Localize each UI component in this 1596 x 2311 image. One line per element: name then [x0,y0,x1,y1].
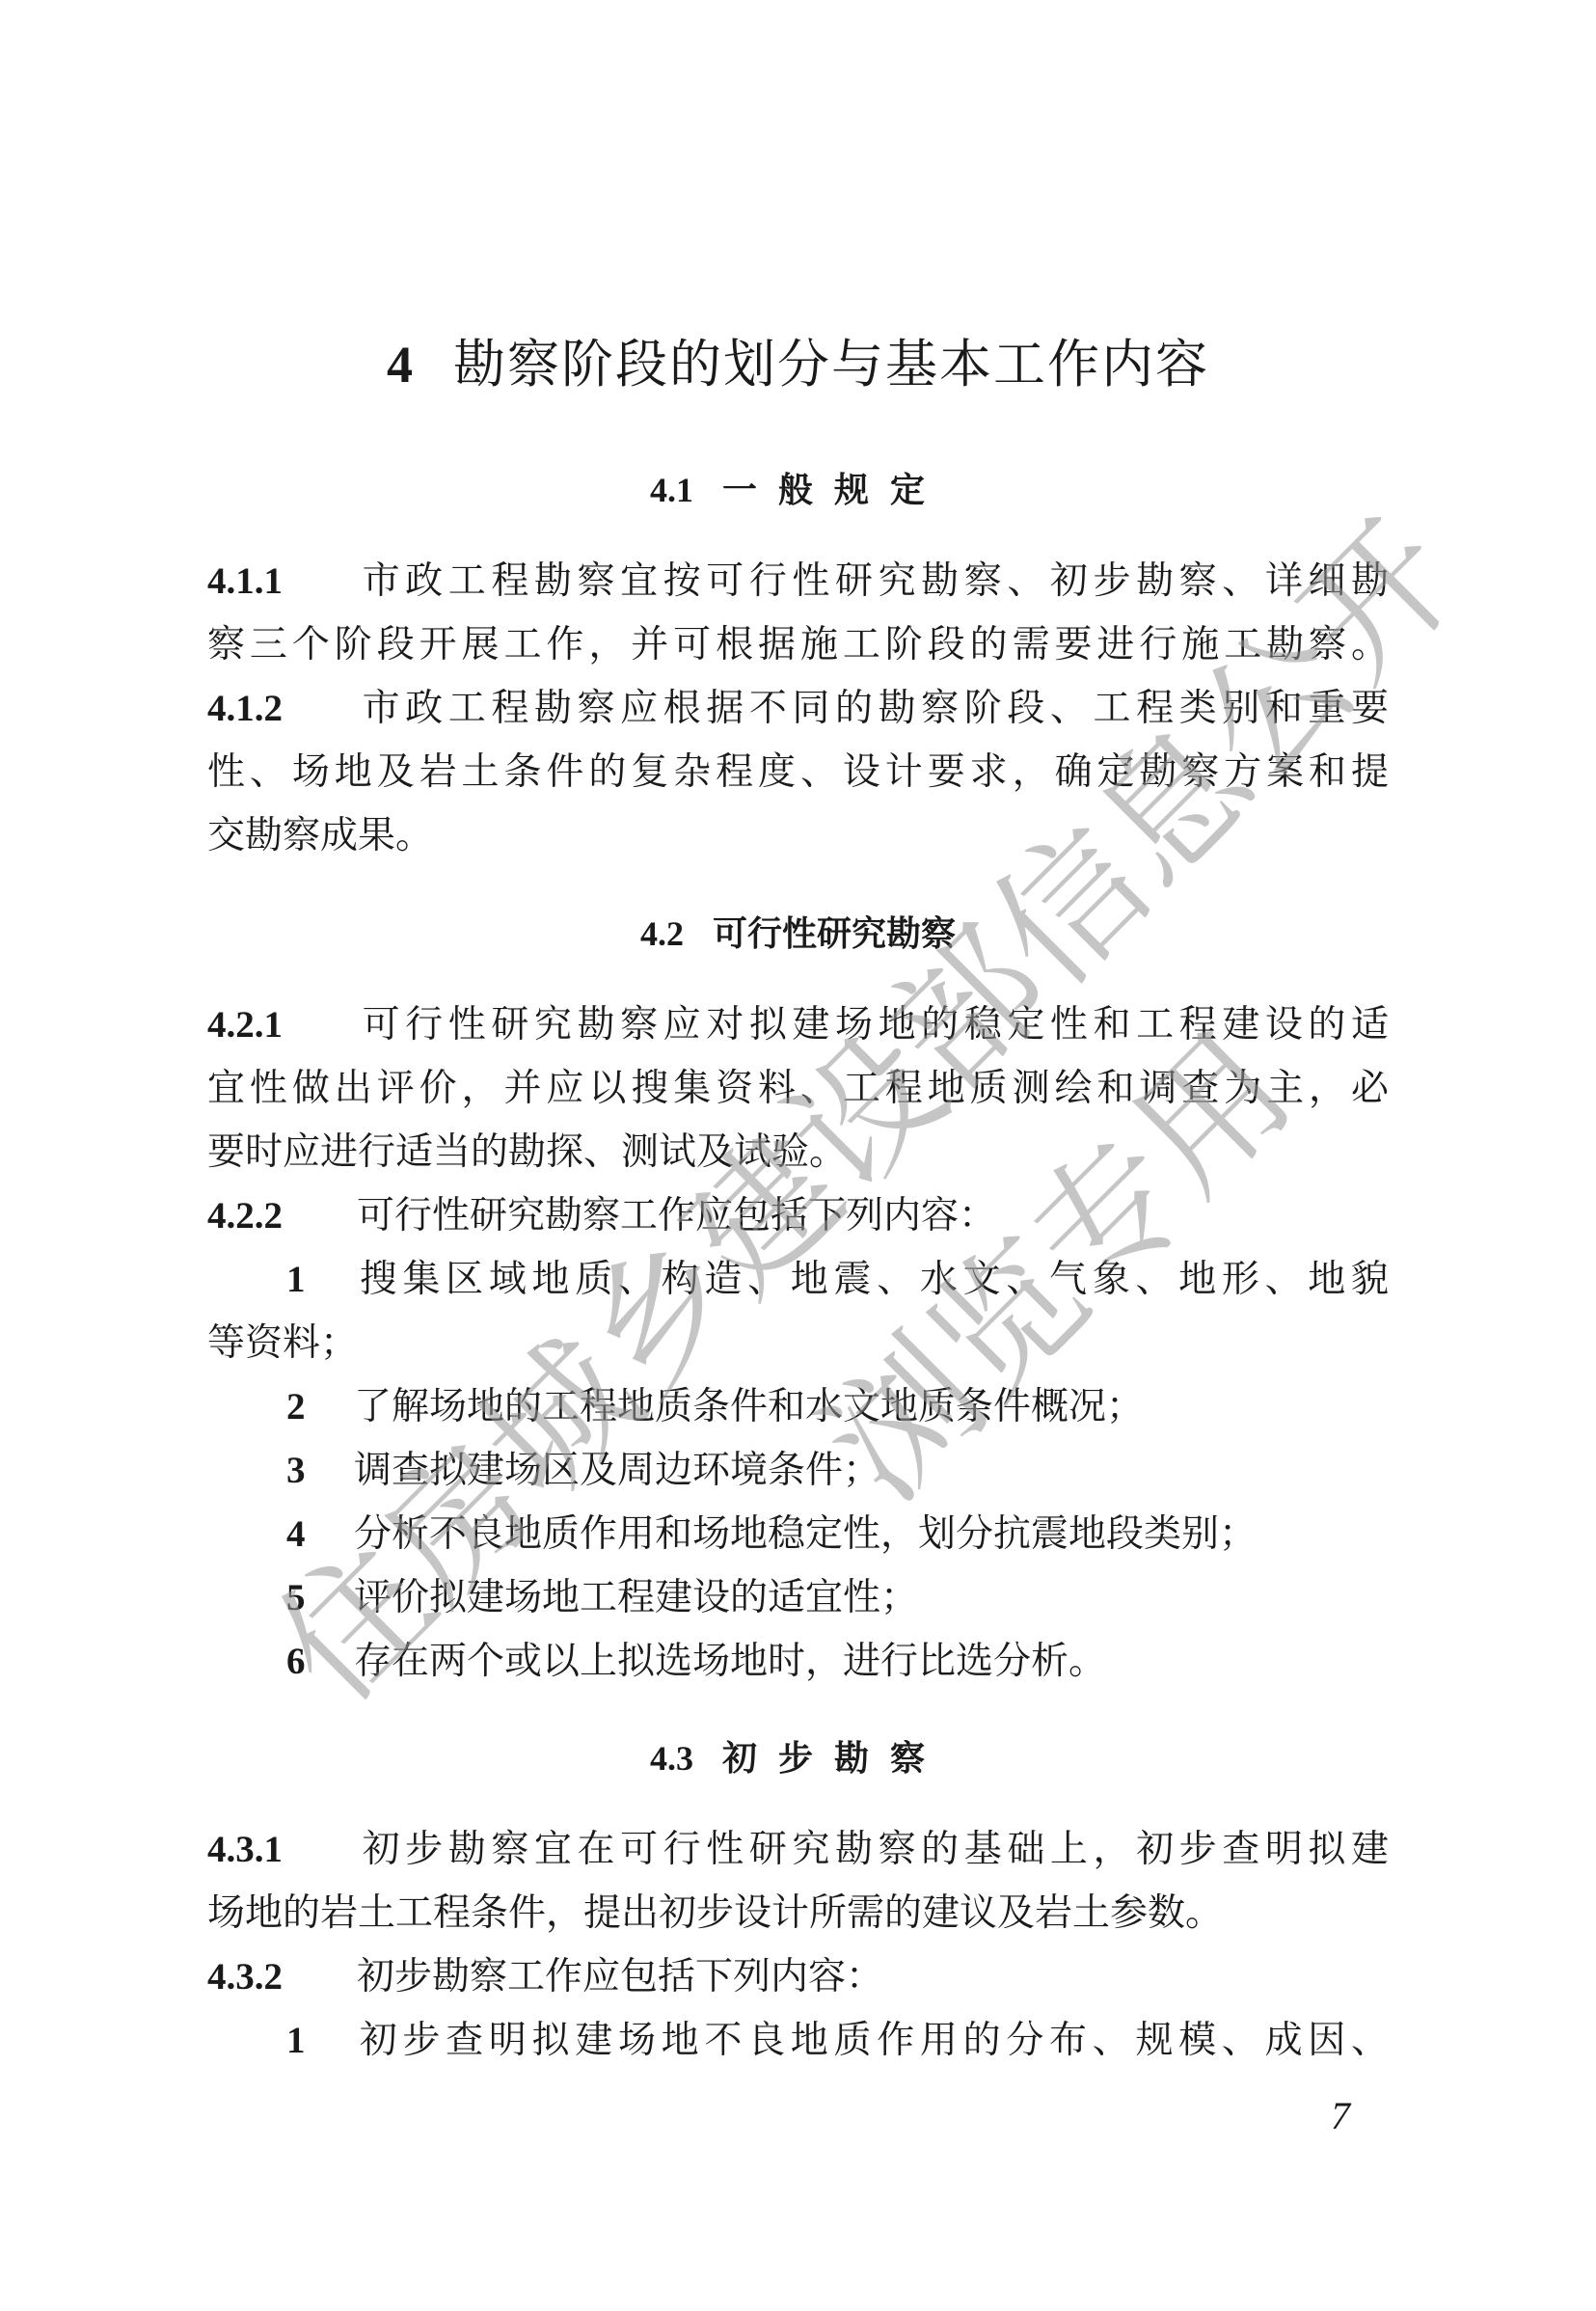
clause-4-1-1-line-2: 察三个阶段开展工作，并可根据施工阶段的需要进行施工勘察。 [207,613,1389,677]
document-page: 4勘察阶段的划分与基本工作内容 4.1一般规定 4.1.1市政工程勘察宜按可行性… [0,0,1596,2311]
clause-4-2-1-line-1: 4.2.1可行性研究勘察应对拟建场地的稳定性和工程建设的适 [207,993,1389,1057]
chapter-title-text: 勘察阶段的划分与基本工作内容 [453,334,1209,394]
page-number: 7 [1331,2093,1350,2138]
clause-4-2-1-line-2: 宜性做出评价，并应以搜集资料、工程地质测绘和调查为主，必 [207,1057,1389,1121]
clause-4-3-1-line-1: 4.3.1初步勘察宜在可行性研究勘察的基础上，初步查明拟建 [207,1818,1389,1882]
clause-4-1-2-line-2: 性、场地及岩土条件的复杂程度、设计要求，确定勘察方案和提 [207,741,1389,804]
list-item-4-2-2-6: 6存在两个或以上拟选场地时，进行比选分析。 [207,1630,1389,1694]
clause-4-3-2-line-1: 4.3.2初步勘察工作应包括下列内容： [207,1945,1389,2009]
clause-4-3-1-line-2: 场地的岩土工程条件，提出初步设计所需的建议及岩土参数。 [207,1882,1389,1945]
section-title-4-1: 4.1一般规定 [0,463,1596,512]
list-item-4-2-2-5: 5评价拟建场地工程建设的适宜性； [207,1566,1389,1630]
clause-4-1-2-line-3: 交勘察成果。 [207,804,1389,868]
list-item-4-2-2-3: 3调查拟建场区及周边环境条件； [207,1439,1389,1503]
section-title-4-2: 4.2可行性研究勘察 [0,907,1596,956]
chapter-number: 4 [387,336,415,394]
list-item-4-3-2-1: 1初步查明拟建场地不良地质作用的分布、规模、成因、 [207,2009,1389,2073]
list-item-4-2-2-1-cont: 等资料； [207,1312,1389,1375]
clause-4-2-2-line-1: 4.2.2可行性研究勘察工作应包括下列内容： [207,1184,1389,1248]
section-title-4-3: 4.3初步勘察 [0,1731,1596,1781]
clause-4-2-1-line-3: 要时应进行适当的勘探、测试及试验。 [207,1121,1389,1184]
clause-4-1-2-line-1: 4.1.2市政工程勘察应根据不同的勘察阶段、工程类别和重要 [207,677,1389,741]
list-item-4-2-2-1: 1搜集区域地质、构造、地震、水文、气象、地形、地貌 [207,1248,1389,1312]
clause-4-1-1-line-1: 4.1.1市政工程勘察宜按可行性研究勘察、初步勘察、详细勘 [207,550,1389,613]
list-item-4-2-2-2: 2了解场地的工程地质条件和水文地质条件概况； [207,1375,1389,1439]
chapter-title: 4勘察阶段的划分与基本工作内容 [0,323,1596,397]
list-item-4-2-2-4: 4分析不良地质作用和场地稳定性，划分抗震地段类别； [207,1503,1389,1566]
